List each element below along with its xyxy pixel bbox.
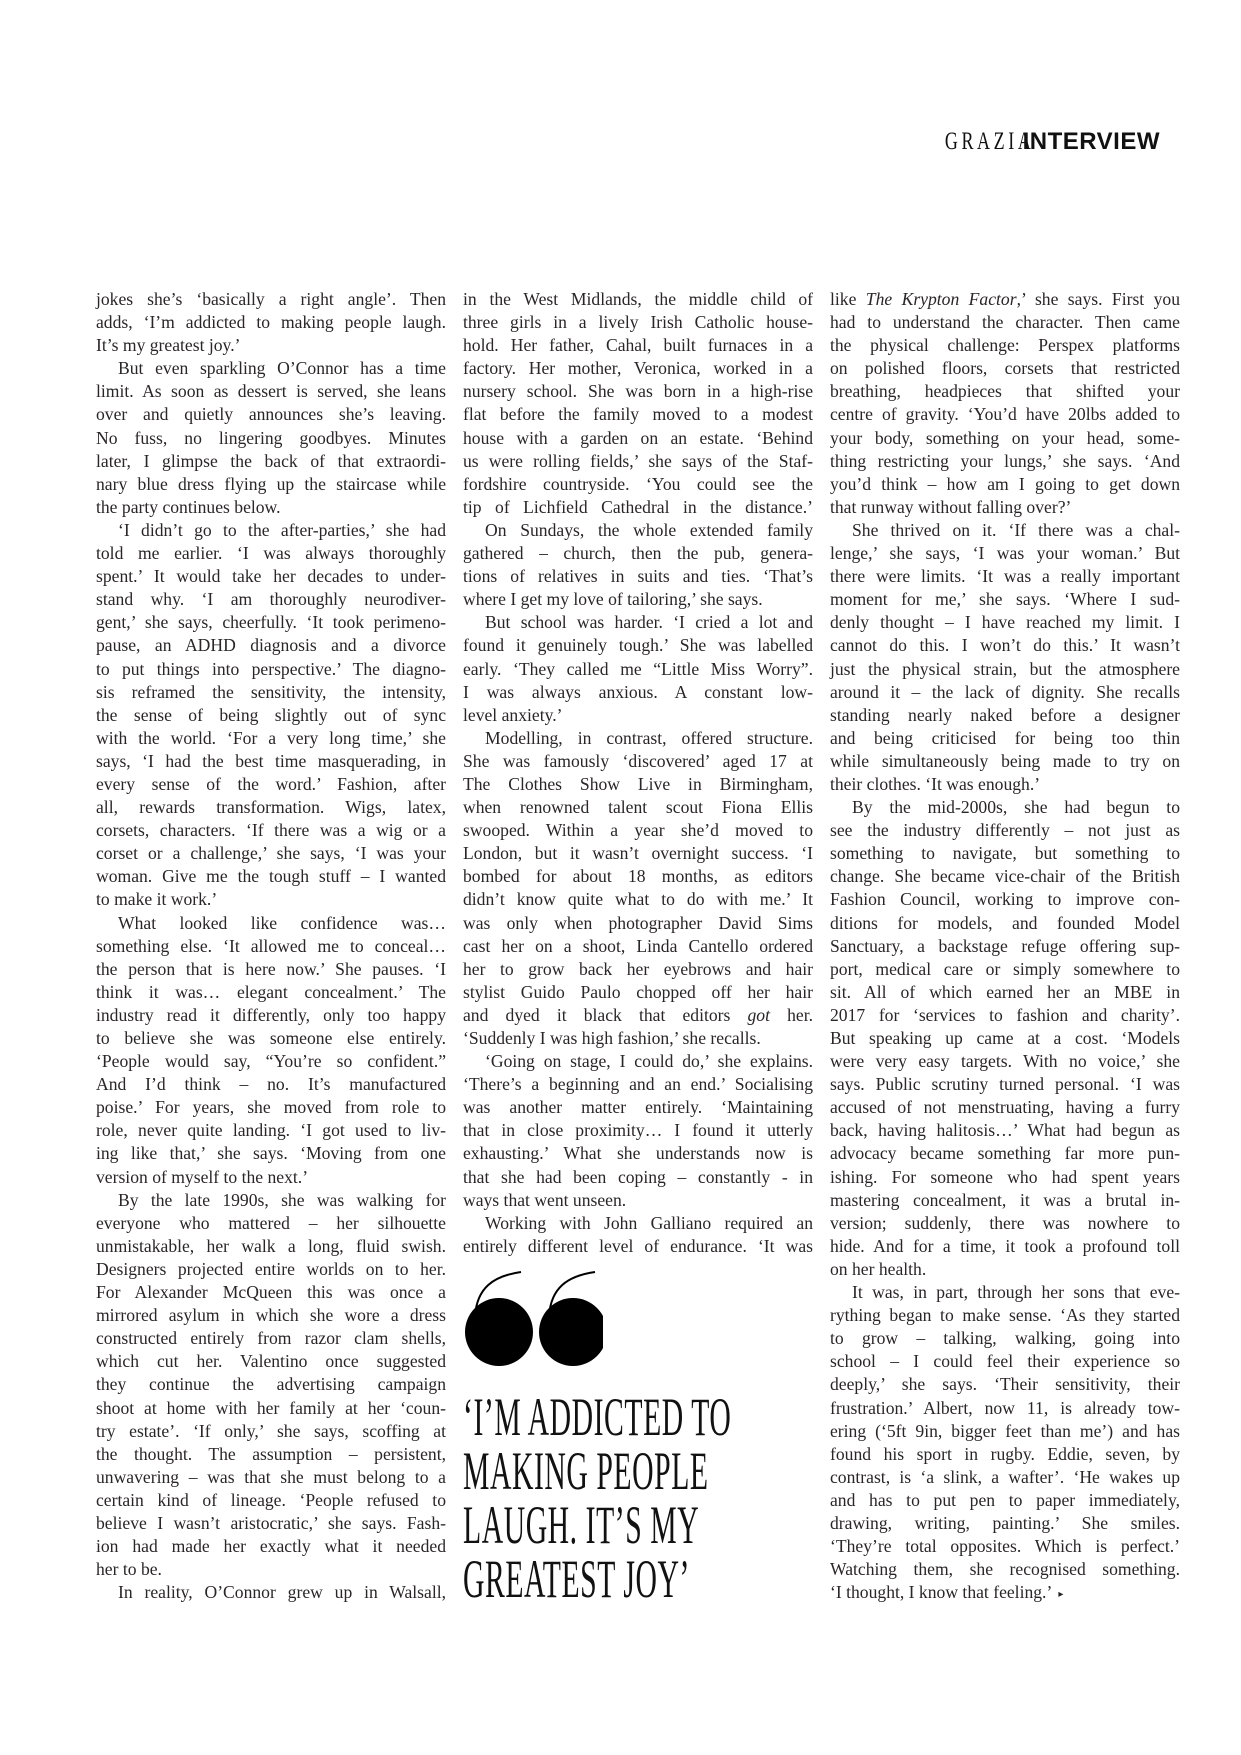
text-line: exhausting.’ What she understands now is — [463, 1142, 813, 1165]
text-line: which cut her. Valentino once suggested — [96, 1350, 446, 1373]
text-line: standing nearly naked before a designer — [830, 704, 1180, 727]
text-line: ways that went unseen. — [463, 1189, 813, 1212]
text-line: to believe she was someone else entirely… — [96, 1027, 446, 1050]
text-line: every sense of the word.’ Fashion, after — [96, 773, 446, 796]
text-line: ditions for models, and founded Model — [830, 912, 1180, 935]
text-line: cast her on a shoot, Linda Cantello orde… — [463, 935, 813, 958]
text-line: later, I glimpse the back of that extrao… — [96, 450, 446, 473]
text-line: certain kind of lineage. ‘People refused… — [96, 1489, 446, 1512]
text-line: think it was… elegant concealment.’ The — [96, 981, 446, 1004]
text-line: breathing, headpieces that shifted your — [830, 380, 1180, 403]
text-line: ering (‘5ft 9in, bigger feet than me’) a… — [830, 1420, 1180, 1443]
text-line: She was famously ‘discovered’ aged 17 at — [463, 750, 813, 773]
text-line: It was, in part, through her sons that e… — [830, 1281, 1180, 1304]
text-line: version of myself to the next.’ — [96, 1166, 446, 1189]
text-line: corset or a challenge,’ she says, ‘I was… — [96, 842, 446, 865]
text-line: ‘Going on stage, I could do,’ she explai… — [463, 1050, 813, 1073]
text-line: role, never quite landing. ‘I got used t… — [96, 1119, 446, 1142]
text-line: that she had been coping – constantly - … — [463, 1166, 813, 1189]
text-line: Sanctuary, a backstage refuge offering s… — [830, 935, 1180, 958]
text-line: nursery school. She was born in a high-r… — [463, 380, 813, 403]
text-line: around it – the lack of dignity. She rec… — [830, 681, 1180, 704]
text-line: three girls in a lively Irish Catholic h… — [463, 311, 813, 334]
text-line: believe I wasn’t aristocratic,’ she says… — [96, 1512, 446, 1535]
text-line: gathered – church, then the pub, genera- — [463, 542, 813, 565]
text-line: gent,’ she says, cheerfully. ‘It took pe… — [96, 611, 446, 634]
text-line: swooped. Within a year she’d moved to — [463, 819, 813, 842]
text-line: In reality, O’Connor grew up in Walsall, — [96, 1581, 446, 1604]
text-line: the sense of being slightly out of sync — [96, 704, 446, 727]
text-line: London, but it wasn’t overnight success.… — [463, 842, 813, 865]
text-line: like The Krypton Factor,’ she says. Firs… — [830, 288, 1180, 311]
text-line: She thrived on it. ‘If there was a chal- — [830, 519, 1180, 542]
text-line: rything began to make sense. ‘As they st… — [830, 1304, 1180, 1327]
text-line: and dyed it black that editors got her. — [463, 1004, 813, 1027]
magazine-brand: GRAZIA — [945, 128, 1035, 156]
text-line: I was always anxious. A constant low- — [463, 681, 813, 704]
text-line: where I get my love of tailoring,’ she s… — [463, 588, 813, 611]
text-line: us were rolling fields,’ she says of the… — [463, 450, 813, 473]
text-line: But school was harder. ‘I cried a lot an… — [463, 611, 813, 634]
text-line: something else. ‘It allowed me to concea… — [96, 935, 446, 958]
text-line: poise.’ For years, she moved from role t… — [96, 1096, 446, 1119]
text-line: For Alexander McQueen this was once a — [96, 1281, 446, 1304]
text-line: ishing. For someone who had spent years — [830, 1166, 1180, 1189]
text-line: your body, something on your head, some- — [830, 427, 1180, 450]
text-line: pause, an ADHD diagnosis and a divorce — [96, 634, 446, 657]
text-line: What looked like confidence was… — [96, 912, 446, 935]
text-line: had to understand the character. Then ca… — [830, 311, 1180, 334]
text-line: didn’t know quite what to do with me.’ I… — [463, 888, 813, 911]
text-line: limit. As soon as dessert is served, she… — [96, 380, 446, 403]
text-line: By the mid-2000s, she had begun to — [830, 796, 1180, 819]
text-line: mirrored asylum in which she wore a dres… — [96, 1304, 446, 1327]
text-line: the thought. The assumption – persistent… — [96, 1443, 446, 1466]
text-line: moment for me,’ she says. ‘Where I sud- — [830, 588, 1180, 611]
pull-quote: ‘I’M ADDICTED TO MAKING PEOPLE LAUGH. IT… — [463, 1258, 813, 1606]
text-line: level anxiety.’ — [463, 704, 813, 727]
text-line: with the world. ‘For a very long time,’ … — [96, 727, 446, 750]
text-line: mastering concealment, it was a brutal i… — [830, 1189, 1180, 1212]
text-line: Modelling, in contrast, offered structur… — [463, 727, 813, 750]
text-line: It’s my greatest joy.’ — [96, 334, 446, 357]
text-line: and has to put pen to paper immediately, — [830, 1489, 1180, 1512]
text-line: their clothes. ‘It was enough.’ — [830, 773, 1180, 796]
text-line: her to be. — [96, 1558, 446, 1581]
article-column-1: jokes she’s ‘basically a right angle’. T… — [96, 288, 446, 1604]
text-line: tip of Lichfield Cathedral in the distan… — [463, 496, 813, 519]
pull-quote-line: LAUGH. IT’S MY — [463, 1498, 815, 1552]
text-line: jokes she’s ‘basically a right angle’. T… — [96, 288, 446, 311]
text-line: you’d think – how am I going to get down — [830, 473, 1180, 496]
text-line: version; suddenly, there was nowhere to — [830, 1212, 1180, 1235]
text-line: frustration.’ Albert, now 11, is already… — [830, 1397, 1180, 1420]
text-line: early. ‘They called me “Little Miss Worr… — [463, 658, 813, 681]
text-line: stylist Guido Paulo chopped off her hair — [463, 981, 813, 1004]
text-line: spent.’ It would take her decades to und… — [96, 565, 446, 588]
text-line: the party continues below. — [96, 496, 446, 519]
text-line: unwavering – was that she must belong to… — [96, 1466, 446, 1489]
text-line: the physical challenge: Perspex platform… — [830, 334, 1180, 357]
text-line: ion had made her exactly what it needed — [96, 1535, 446, 1558]
text-line: ‘They’re total opposites. Which is perfe… — [830, 1535, 1180, 1558]
text-line: nary blue dress flying up the staircase … — [96, 473, 446, 496]
text-line: something to navigate, but something to — [830, 842, 1180, 865]
text-line: But speaking up came at a cost. ‘Models — [830, 1027, 1180, 1050]
text-line: entirely different level of endurance. ‘… — [463, 1235, 813, 1258]
text-line: port, medical care or simply somewhere t… — [830, 958, 1180, 981]
text-line: denly thought – I have reached my limit.… — [830, 611, 1180, 634]
text-line: corsets, characters. ‘If there was a wig… — [96, 819, 446, 842]
text-line: there were limits. ‘It was a really impo… — [830, 565, 1180, 588]
text-line: while simultaneously being made to try o… — [830, 750, 1180, 773]
text-line: But even sparkling O’Connor has a time — [96, 357, 446, 380]
text-line: says, ‘I had the best time masquerading,… — [96, 750, 446, 773]
end-of-article-icon: ▸ — [1058, 1583, 1063, 1606]
text-line: ‘I thought, I know that feeling.’▸ — [830, 1581, 1180, 1604]
text-line: was another matter entirely. ‘Maintainin… — [463, 1096, 813, 1119]
text-line: tions of relatives in suits and ties. ‘T… — [463, 565, 813, 588]
text-line: just the physical strain, but the atmosp… — [830, 658, 1180, 681]
text-line: 2017 for ‘services to fashion and charit… — [830, 1004, 1180, 1027]
text-line: Fashion Council, working to improve con- — [830, 888, 1180, 911]
text-line: house with a garden on an estate. ‘Behin… — [463, 427, 813, 450]
text-line: stand why. ‘I am thoroughly neurodiver- — [96, 588, 446, 611]
text-line: over and quietly announces she’s leaving… — [96, 403, 446, 426]
text-line: found his sport in rugby. Eddie, seven, … — [830, 1443, 1180, 1466]
text-line: and being criticised for being too thin — [830, 727, 1180, 750]
text-line: when renowned talent scout Fiona Ellis — [463, 796, 813, 819]
text-line: see the industry differently – not just … — [830, 819, 1180, 842]
text-line: in the West Midlands, the middle child o… — [463, 288, 813, 311]
text-line: school – I could feel their experience s… — [830, 1350, 1180, 1373]
text-line: to make it work.’ — [96, 888, 446, 911]
text-line: Designers projected entire worlds on to … — [96, 1258, 446, 1281]
text-line: ‘Suddenly I was high fashion,’ she recal… — [463, 1027, 813, 1050]
text-line: hold. Her father, Cahal, built furnaces … — [463, 334, 813, 357]
section-label: INTERVIEW — [1023, 128, 1160, 156]
pull-quote-line: GREATEST JOY’ — [463, 1552, 815, 1606]
text-line: found it genuinely tough.’ She was label… — [463, 634, 813, 657]
open-quote-icon — [463, 1258, 593, 1368]
text-line: woman. Give me the tough stuff – I wante… — [96, 865, 446, 888]
text-line: on her health. — [830, 1258, 1180, 1281]
text-line: No fuss, no lingering goodbyes. Minutes — [96, 427, 446, 450]
text-line: shoot at home with her family at her ‘co… — [96, 1397, 446, 1420]
text-line: says. Public scrutiny turned personal. ‘… — [830, 1073, 1180, 1096]
text-line: accused of not menstruating, having a fu… — [830, 1096, 1180, 1119]
text-line: advocacy became something far more pun- — [830, 1142, 1180, 1165]
pull-quote-text: ‘I’M ADDICTED TO MAKING PEOPLE LAUGH. IT… — [463, 1390, 815, 1606]
text-line: told me earlier. ‘I was always thoroughl… — [96, 542, 446, 565]
text-line: everyone who mattered – her silhouette — [96, 1212, 446, 1235]
text-line: ‘There’s a beginning and an end.’ Social… — [463, 1073, 813, 1096]
text-line: ‘People would say, “You’re so confident.… — [96, 1050, 446, 1073]
text-line: drawing, writing, painting.’ She smiles. — [830, 1512, 1180, 1535]
text-line: cannot do this. I won’t do this.’ It was… — [830, 634, 1180, 657]
text-line: try estate’. ‘If only,’ she says, scoffi… — [96, 1420, 446, 1443]
text-line: her to grow back her eyebrows and hair — [463, 958, 813, 981]
text-line: back, having halitosis…’ What had begun … — [830, 1119, 1180, 1142]
page-header: GRAZIA INTERVIEW — [910, 128, 1160, 156]
article-column-3: like The Krypton Factor,’ she says. Firs… — [830, 288, 1180, 1604]
text-line: contrast, is ‘a slink, a wafter’. ‘He wa… — [830, 1466, 1180, 1489]
text-line: industry read it differently, only too h… — [96, 1004, 446, 1027]
text-line: On Sundays, the whole extended family — [463, 519, 813, 542]
text-line: ‘I didn’t go to the after-parties,’ she … — [96, 519, 446, 542]
text-line: sis reframed the sensitivity, the intens… — [96, 681, 446, 704]
article-column-2: in the West Midlands, the middle child o… — [463, 288, 813, 1258]
text-line: centre of gravity. ‘You’d have 20lbs add… — [830, 403, 1180, 426]
text-line: to put things into perspective.’ The dia… — [96, 658, 446, 681]
text-line: change. She became vice-chair of the Bri… — [830, 865, 1180, 888]
text-line: fordshire countryside. ‘You could see th… — [463, 473, 813, 496]
text-line: they continue the advertising campaign — [96, 1373, 446, 1396]
text-line: factory. Her mother, Veronica, worked in… — [463, 357, 813, 380]
text-line: unmistakable, her walk a long, fluid swi… — [96, 1235, 446, 1258]
text-line: that in close proximity… I found it utte… — [463, 1119, 813, 1142]
text-line: The Clothes Show Live in Birmingham, — [463, 773, 813, 796]
text-line: on polished floors, corsets that restric… — [830, 357, 1180, 380]
text-line: were very easy targets. With no voice,’ … — [830, 1050, 1180, 1073]
text-line: thing restricting your lungs,’ she says.… — [830, 450, 1180, 473]
text-line: was only when photographer David Sims — [463, 912, 813, 935]
pull-quote-line: MAKING PEOPLE — [463, 1444, 815, 1498]
text-line: lenge,’ she says, ‘I was your woman.’ Bu… — [830, 542, 1180, 565]
text-line: By the late 1990s, she was walking for — [96, 1189, 446, 1212]
text-line: bombed for about 18 months, as editors — [463, 865, 813, 888]
text-line: Watching them, she recognised something. — [830, 1558, 1180, 1581]
text-line: the person that is here now.’ She pauses… — [96, 958, 446, 981]
text-line: all, rewards transformation. Wigs, latex… — [96, 796, 446, 819]
text-line: hide. And for a time, it took a profound… — [830, 1235, 1180, 1258]
text-line: adds, ‘I’m addicted to making people lau… — [96, 311, 446, 334]
text-line: deeply,’ she says. ‘Their sensitivity, t… — [830, 1373, 1180, 1396]
text-line: And I’d think – no. It’s manufactured — [96, 1073, 446, 1096]
text-line: sit. All of which earned her an MBE in — [830, 981, 1180, 1004]
text-line: Working with John Galliano required an — [463, 1212, 813, 1235]
text-line: ing like that,’ she says. ‘Moving from o… — [96, 1142, 446, 1165]
text-line: flat before the family moved to a modest — [463, 403, 813, 426]
text-line: constructed entirely from razor clam she… — [96, 1327, 446, 1350]
text-line: that runway without falling over?’ — [830, 496, 1180, 519]
pull-quote-line: ‘I’M ADDICTED TO — [463, 1390, 815, 1444]
text-line: to grow – talking, walking, going into — [830, 1327, 1180, 1350]
